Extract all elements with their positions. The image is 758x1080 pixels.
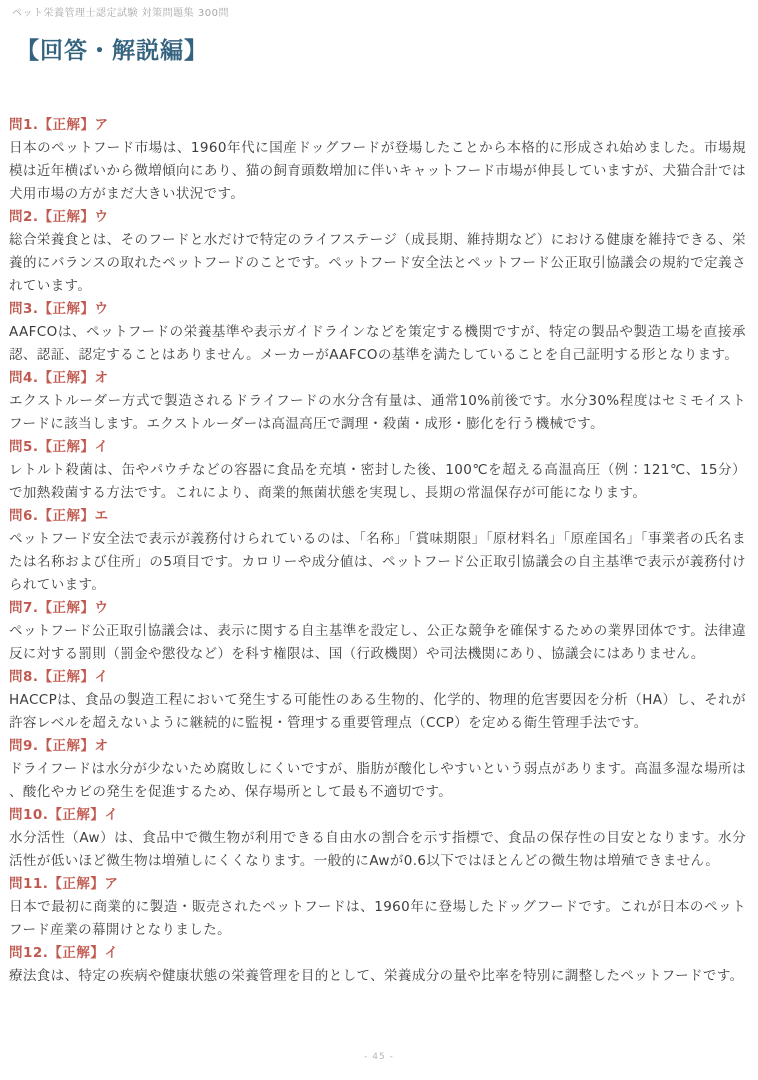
question-block-11: 問11.【正解】ア 日本で最初に商業的に製造・販売されたペットフードは、1960…: [9, 873, 746, 942]
answer-label: 問6.【正解】エ: [9, 505, 746, 528]
answers-section: 問1.【正解】ア 日本のペットフード市場は、1960年代に国産ドッグフードが登場…: [9, 114, 746, 988]
question-block-5: 問5.【正解】イ レトルト殺菌は、缶やパウチなどの容器に食品を充填・密封した後、…: [9, 436, 746, 505]
explanation-text: ペットフード安全法で表示が義務付けられているのは、「名称」「賞味期限」「原材料名…: [9, 528, 746, 597]
document-page: ペット栄養管理士認定試験 対策問題集 300問 【回答・解説編】 問1.【正解】…: [0, 0, 758, 1080]
question-block-3: 問3.【正解】ウ AAFCOは、ペットフードの栄養基準や表示ガイドラインなどを策…: [9, 298, 746, 367]
question-block-1: 問1.【正解】ア 日本のペットフード市場は、1960年代に国産ドッグフードが登場…: [9, 114, 746, 206]
question-block-2: 問2.【正解】ウ 総合栄養食とは、そのフードと水だけで特定のライフステージ（成長…: [9, 206, 746, 298]
answer-label: 問12.【正解】イ: [9, 942, 746, 965]
question-block-4: 問4.【正解】オ エクストルーダー方式で製造されるドライフードの水分含有量は、通…: [9, 367, 746, 436]
page-title: 【回答・解説編】: [16, 32, 758, 65]
question-block-8: 問8.【正解】イ HACCPは、食品の製造工程において発生する可能性のある生物的…: [9, 666, 746, 735]
explanation-text: HACCPは、食品の製造工程において発生する可能性のある生物的、化学的、物理的危…: [9, 689, 746, 735]
question-block-7: 問7.【正解】ウ ペットフード公正取引協議会は、表示に関する自主基準を設定し、公…: [9, 597, 746, 666]
explanation-text: AAFCOは、ペットフードの栄養基準や表示ガイドラインなどを策定する機関ですが、…: [9, 321, 746, 367]
page-number: - 45 -: [0, 1052, 758, 1062]
answer-label: 問2.【正解】ウ: [9, 206, 746, 229]
answer-label: 問11.【正解】ア: [9, 873, 746, 896]
explanation-text: エクストルーダー方式で製造されるドライフードの水分含有量は、通常10%前後です。…: [9, 390, 746, 436]
explanation-text: 日本のペットフード市場は、1960年代に国産ドッグフードが登場したことから本格的…: [9, 137, 746, 206]
question-block-6: 問6.【正解】エ ペットフード安全法で表示が義務付けられているのは、「名称」「賞…: [9, 505, 746, 597]
explanation-text: 日本で最初に商業的に製造・販売されたペットフードは、1960年に登場したドッグフ…: [9, 896, 746, 942]
question-block-12: 問12.【正解】イ 療法食は、特定の疾病や健康状態の栄養管理を目的として、栄養成…: [9, 942, 746, 988]
answer-label: 問4.【正解】オ: [9, 367, 746, 390]
explanation-text: ドライフードは水分が少ないため腐敗しにくいですが、脂肪が酸化しやすいという弱点が…: [9, 758, 746, 804]
explanation-text: レトルト殺菌は、缶やパウチなどの容器に食品を充填・密封した後、100℃を超える高…: [9, 459, 746, 505]
question-block-10: 問10.【正解】イ 水分活性（Aw）は、食品中で微生物が利用できる自由水の割合を…: [9, 804, 746, 873]
question-block-9: 問9.【正解】オ ドライフードは水分が少ないため腐敗しにくいですが、脂肪が酸化し…: [9, 735, 746, 804]
answer-label: 問3.【正解】ウ: [9, 298, 746, 321]
answer-label: 問1.【正解】ア: [9, 114, 746, 137]
explanation-text: 総合栄養食とは、そのフードと水だけで特定のライフステージ（成長期、維持期など）に…: [9, 229, 746, 298]
document-header: ペット栄養管理士認定試験 対策問題集 300問: [0, 0, 758, 19]
explanation-text: 水分活性（Aw）は、食品中で微生物が利用できる自由水の割合を示す指標で、食品の保…: [9, 827, 746, 873]
answer-label: 問8.【正解】イ: [9, 666, 746, 689]
answer-label: 問7.【正解】ウ: [9, 597, 746, 620]
answer-label: 問9.【正解】オ: [9, 735, 746, 758]
explanation-text: 療法食は、特定の疾病や健康状態の栄養管理を目的として、栄養成分の量や比率を特別に…: [9, 965, 746, 988]
answer-label: 問5.【正解】イ: [9, 436, 746, 459]
answer-label: 問10.【正解】イ: [9, 804, 746, 827]
explanation-text: ペットフード公正取引協議会は、表示に関する自主基準を設定し、公正な競争を確保する…: [9, 620, 746, 666]
